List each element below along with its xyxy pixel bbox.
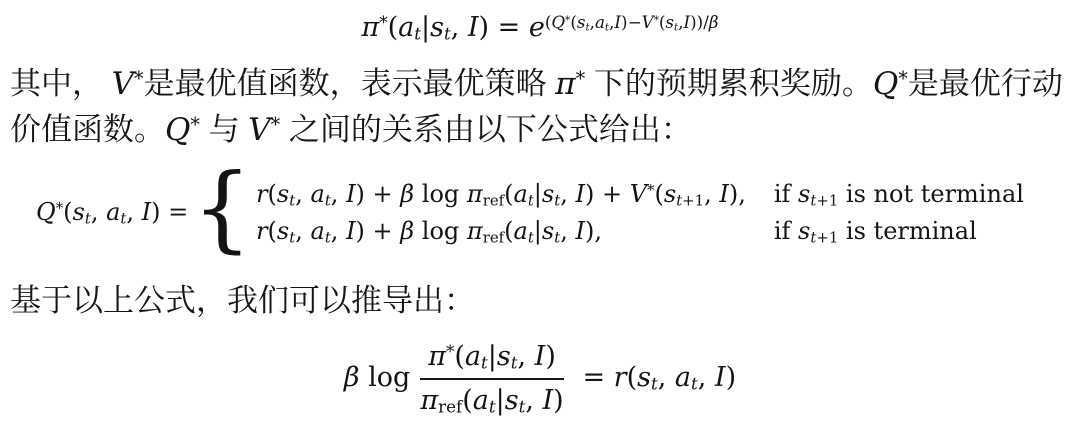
case-condition-terminal: if st+1 is terminal	[774, 217, 1024, 245]
equation-q-lhs: Q*(st, at, I) =	[36, 198, 188, 226]
paragraph-value-function-explanation: 其中， V*是最优值函数，表示最优策略 π* 下的预期累积奖励。Q*是最优行动价…	[10, 61, 1070, 153]
document-page: π*(at|st, I) = e(Q*(st,at,I)−V*(st,I))/β…	[0, 0, 1080, 438]
equation-q-value-cases: Q*(st, at, I) = { r(st, at, I) + β log π…	[0, 167, 1080, 258]
case-formula-not-terminal: r(st, at, I) + β log πref(at|st, I) + V*…	[256, 180, 746, 208]
equation-reward-derivation: β logπ*(at|st, I)πref(at|st, I) = r(st, …	[0, 338, 1080, 419]
equation-optimal-policy: π*(at|st, I) = e(Q*(st,at,I)−V*(st,I))/β	[0, 0, 1080, 47]
cases-rows: r(st, at, I) + β log πref(at|st, I) + V*…	[256, 180, 1024, 245]
case-condition-not-terminal: if st+1 is not terminal	[774, 180, 1024, 208]
case-formula-terminal: r(st, at, I) + β log πref(at|st, I),	[256, 217, 746, 245]
paragraph-derivation-intro: 基于以上公式，我们可以推导出：	[10, 278, 1070, 324]
cases-left-brace: {	[192, 167, 252, 252]
